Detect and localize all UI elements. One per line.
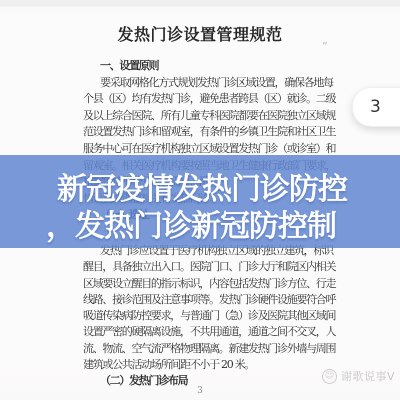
document-title: 发热门诊设置管理规范 [0, 22, 400, 45]
smiley-icon: ☺ [322, 369, 337, 384]
document-viewer-screen: 发热门诊设置管理规范 ” 一、设置原则 要采取网格化方式规划发热门诊区域设置，确… [0, 0, 400, 400]
paragraph-block-bottom: 发热门诊应设置于医疗机构独立区域的独立建筑，标识 醒目，具备独立出入口。医院门口… [83, 244, 325, 391]
page-top-edge [0, 0, 400, 7]
document-text-line: 设置严密的硬隔离设施，不共用通道，通道之间不交叉，人 [83, 325, 325, 341]
scan-artifact-mark: ” [322, 40, 328, 53]
page-indicator-number: 3 [353, 97, 381, 117]
document-text-line: 流、物流、空气流严格物理隔离。新建发热门诊外墙与周围 [83, 342, 325, 358]
document-text-line: 线路、接诊范围及注意事项等。发热门诊硬件设施要符合呼 [83, 293, 325, 309]
document-text-line: 要采取网格化方式规划发热门诊区域设置，确保各地每 [83, 76, 325, 93]
document-text-line: 区域要设立醒目的指示标识，内容包括发热门诊方位、行走 [83, 277, 325, 293]
document-text-line: 吸道传染病防控要求，与普通门（急）诊及医院其他区域间 [83, 309, 325, 325]
watermark-text: 谢歌说事V [341, 368, 395, 384]
document-text-line: 一、设置原则 [83, 59, 325, 76]
document-text-line: 个县（区）均有发热门诊，避免患者跨县（区）就诊。二级 [83, 92, 325, 109]
document-text-line: 范设置发热门诊和留观室，有条件的乡镇卫生院和社区卫生 [83, 125, 325, 142]
document-text-line: 醒目，具备独立出入口。医院门口、门诊大厅和院区内相关 [83, 260, 325, 276]
overlay-banner-title-line2: ，发热门诊新冠防控制 [46, 201, 336, 245]
watermark: ☺ 谢歌说事V [322, 368, 395, 384]
footer-page-number: 3 [0, 386, 400, 396]
page-indicator-bubble[interactable]: 3 [352, 87, 400, 127]
document-text-line: 及以上综合医院、所有儿童专科医院都要在医院独立区域规 [83, 109, 325, 126]
document-text-line: 建筑或公共活动场所间距不小于 20 米。 [83, 358, 325, 374]
